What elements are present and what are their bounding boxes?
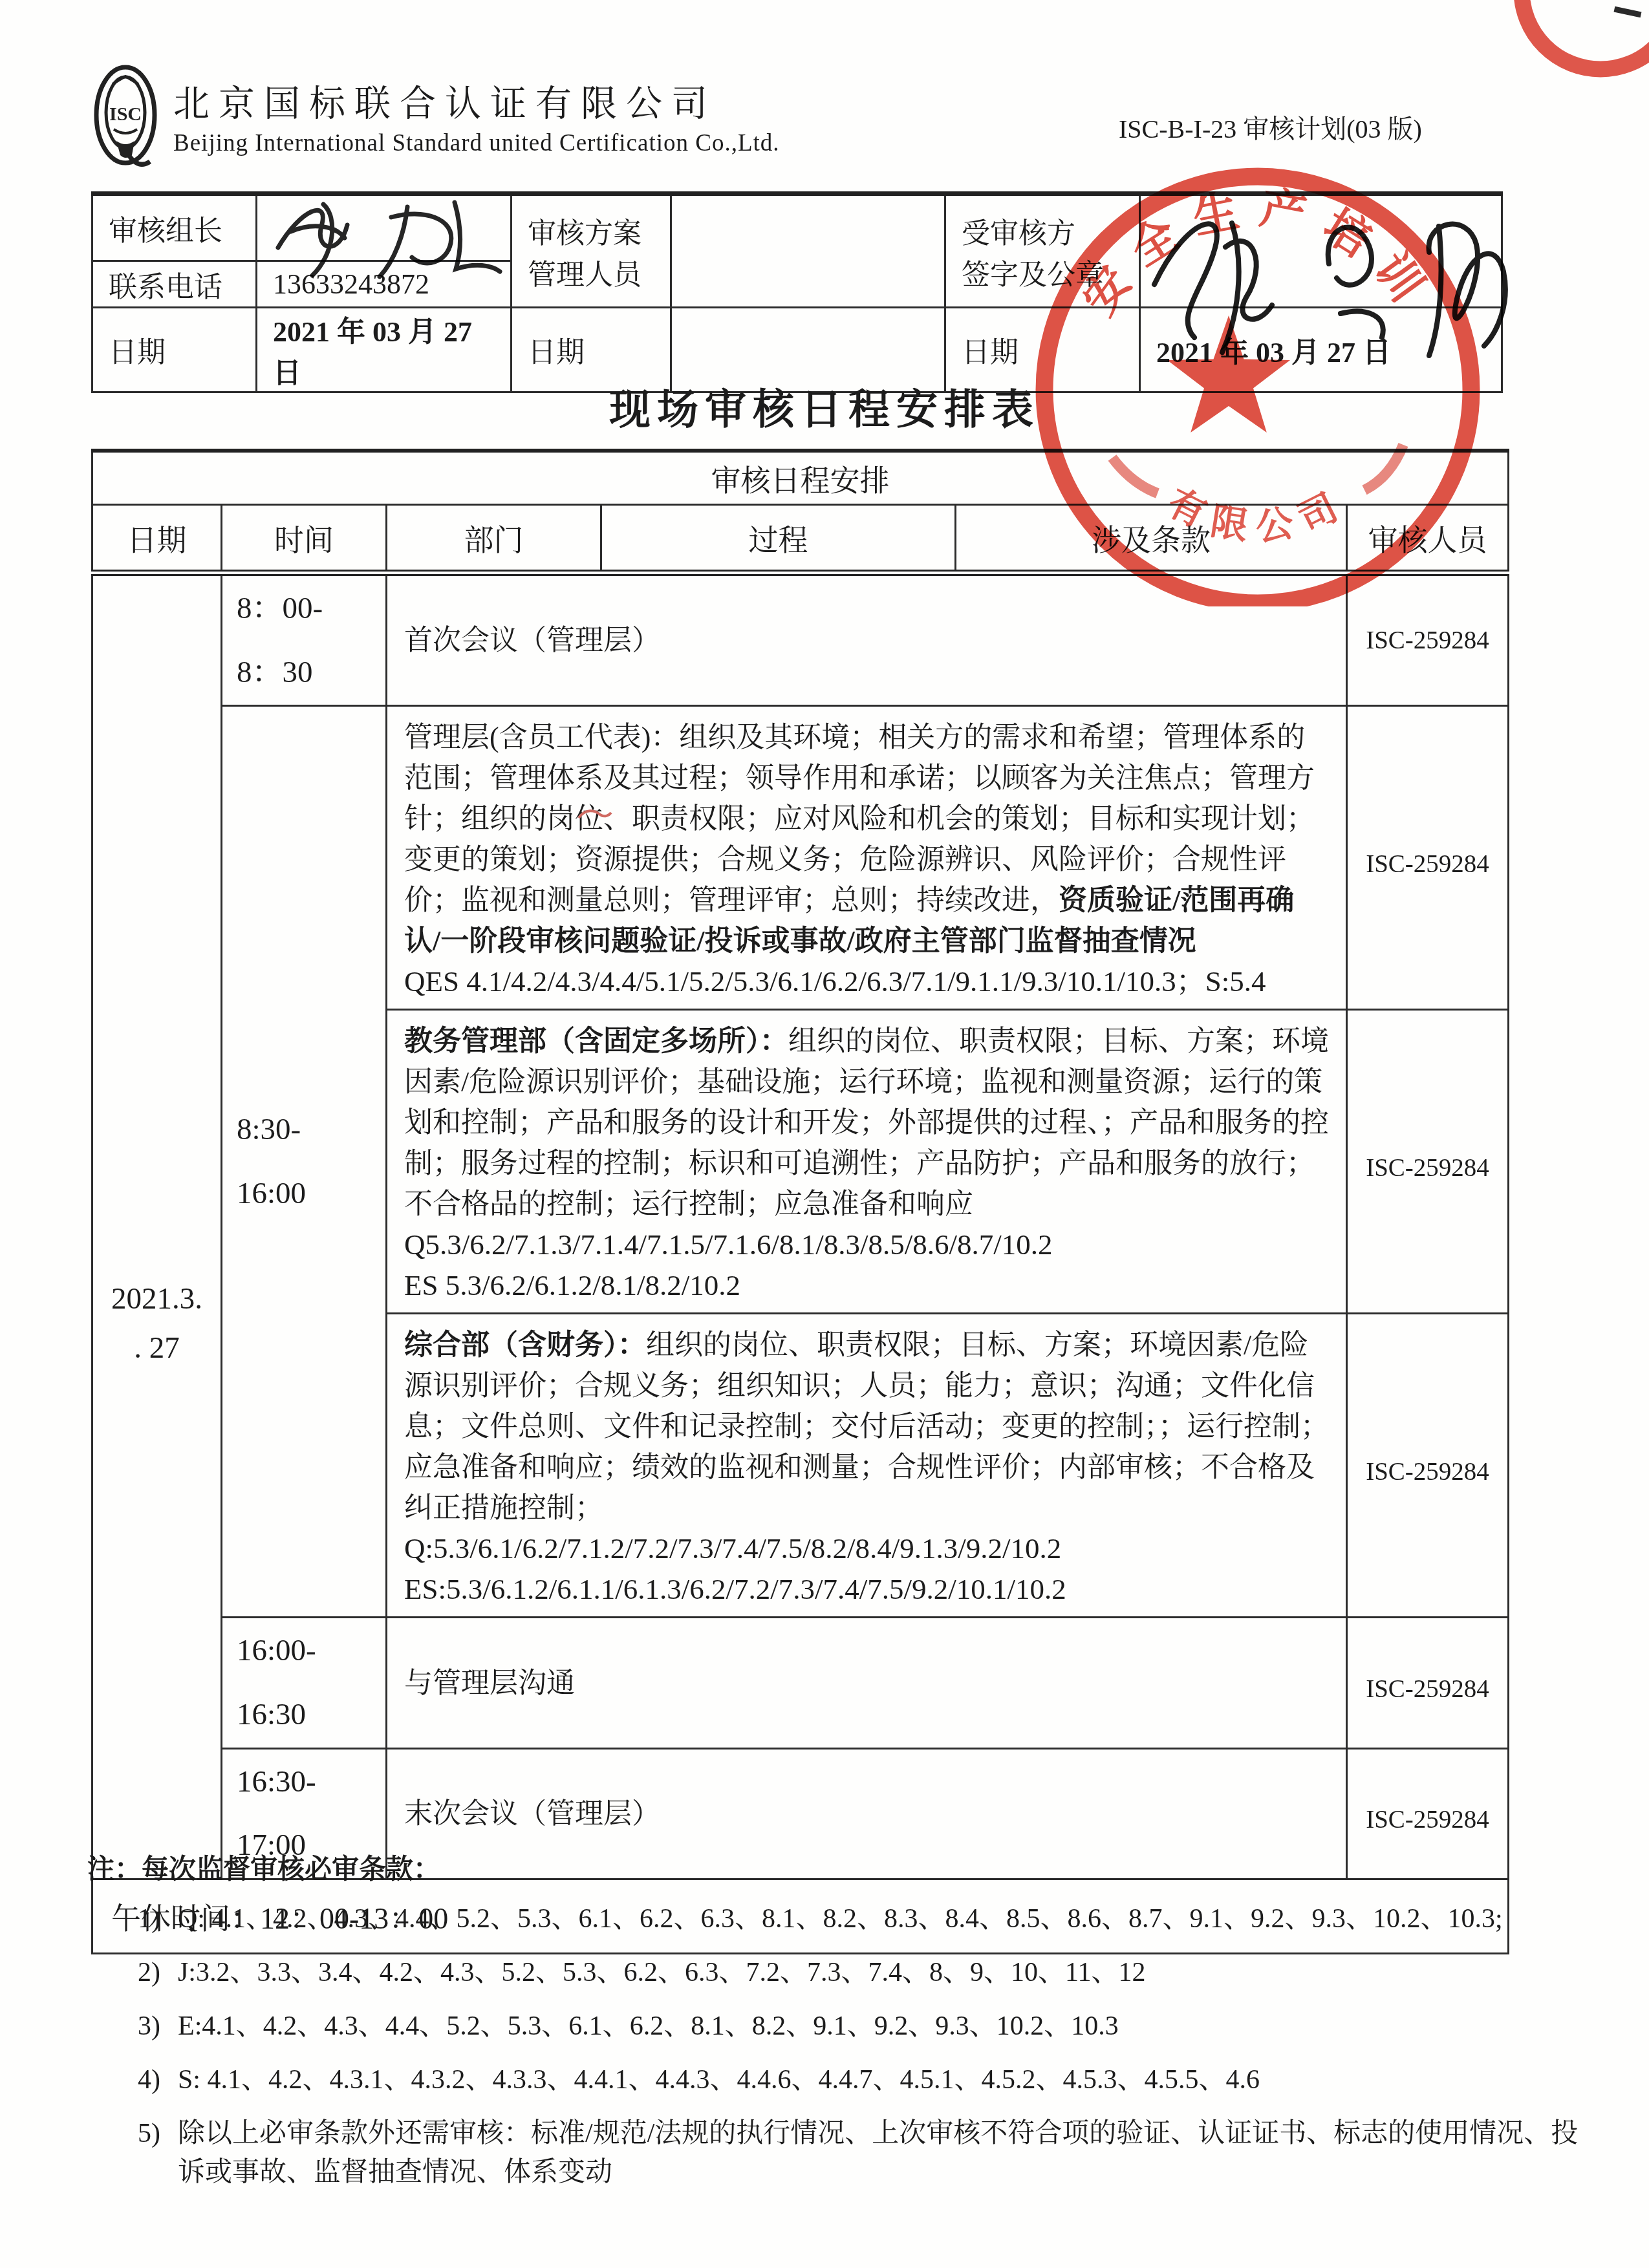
- note-num: 4): [138, 2060, 178, 2100]
- note-item: 3) E:4.1、4.2、4.3、4.4、5.2、5.3、6.1、6.2、8.1…: [87, 2007, 1600, 2046]
- auditee-signature-cell: [1140, 194, 1502, 308]
- scanned-audit-plan-page: ISC 北京国标联合认证有限公司 Beijing International S…: [0, 0, 1649, 2268]
- row-management: 管理层(含员工代表)：组织及其环境；相关方的需求和希望；管理体系的范围；管理体系…: [387, 706, 1347, 1010]
- audit-info-table: 审核组长 审核方案 管理人员 受审核方 签字及公章 联系电话 136332438…: [91, 191, 1503, 393]
- row-academic-dept: 教务管理部（含固定多场所）：组织的岗位、职责权限；目标、方案；环境因素/危险源识…: [387, 1010, 1347, 1314]
- footer-notes: 注：每次监督审核必审条款： 1) Q: 4.1、4.2、4.3、4.4、5.2、…: [87, 1848, 1600, 2207]
- form-code: ISC-B-I-23 审核计划(03 版): [1119, 109, 1422, 145]
- row-communication: 与管理层沟通: [387, 1618, 1347, 1748]
- general-clause-codes-q: Q:5.3/6.1/6.2/7.1.2/7.2/7.3/7.4/7.5/8.2/…: [404, 1528, 1329, 1569]
- note-num: 3): [138, 2007, 178, 2046]
- note-text: J:3.2、3.3、3.4、4.2、4.3、5.2、5.3、6.2、6.3、7.…: [178, 1953, 1600, 1993]
- auditor-3: ISC-259284: [1347, 1314, 1509, 1618]
- note-item: 5) 除以上必审条款外还需审核：标准/规范/法规的执行情况、上次审核不符合项的验…: [87, 2114, 1600, 2193]
- schedule-table: 审核日程安排 日期 时间 部门 过程 涉及条款 审核人员 2021.3. . 2…: [91, 449, 1509, 1954]
- col-header-auditor: 审核人员: [1347, 505, 1509, 573]
- col-header-dept: 部门: [387, 505, 601, 573]
- isc-logo: ISC: [93, 65, 158, 173]
- row-general-dept: 综合部（含财务）：组织的岗位、职责权限；目标、方案；环境因素/危险源识别评价；合…: [387, 1314, 1347, 1618]
- note-num: 2): [138, 1953, 178, 1993]
- phone-value: 13633243872: [257, 261, 512, 308]
- academic-clause-codes-es: ES 5.3/6.2/6.1.2/8.1/8.2/10.2: [404, 1265, 1329, 1306]
- academic-clause-codes-q: Q5.3/6.2/7.1.3/7.1.4/7.1.5/7.1.6/8.1/8.3…: [404, 1225, 1329, 1265]
- isc-logo-text: ISC: [109, 103, 142, 125]
- academic-dept-head: 教务管理部（含固定多场所）：: [404, 1025, 788, 1057]
- auditee-sign-label: 受审核方 签字及公章: [945, 194, 1140, 308]
- schedule-date: 2021.3. . 27: [92, 573, 222, 1879]
- time-1600-1630: 16:00- 16:30: [222, 1618, 387, 1748]
- scheme-manager-value-empty: [671, 194, 945, 308]
- schedule-section-title: 审核日程安排: [92, 451, 1509, 505]
- note-text: S: 4.1、4.2、4.3.1、4.3.2、4.3.3、4.4.1、4.4.3…: [178, 2060, 1600, 2100]
- auditor-0: ISC-259284: [1347, 573, 1509, 706]
- time-0800-0830: 8：00- 8：30: [222, 573, 387, 706]
- leader-signature-cell: [257, 194, 512, 261]
- col-header-process: 过程: [601, 505, 956, 573]
- col-header-clauses: 涉及条款: [956, 505, 1347, 573]
- auditor-1: ISC-259284: [1347, 706, 1509, 1010]
- general-dept-head: 综合部（含财务）：: [404, 1329, 646, 1361]
- leader-label: 审核组长: [92, 194, 257, 261]
- auditor-4: ISC-259284: [1347, 1618, 1509, 1748]
- note-num: 1): [138, 1899, 178, 1939]
- scan-artifact-dash: [1614, 6, 1642, 18]
- col-header-date: 日期: [92, 505, 222, 573]
- page-title: 现场审核日程安排表: [0, 376, 1649, 436]
- note-text: E:4.1、4.2、4.3、4.4、5.2、5.3、6.1、6.2、8.1、8.…: [178, 2007, 1600, 2046]
- time-0830-1600: 8:30- 16:00: [222, 706, 387, 1618]
- note-item: 1) Q: 4.1、4.2、4.3、4.4、5.2、5.3、6.1、6.2、6.…: [87, 1899, 1600, 1939]
- note-text: Q: 4.1、4.2、4.3、4.4、5.2、5.3、6.1、6.2、6.3、8…: [178, 1899, 1600, 1939]
- note-item: 2) J:3.2、3.3、3.4、4.2、4.3、5.2、5.3、6.2、6.3…: [87, 1953, 1600, 1993]
- col-header-time: 时间: [222, 505, 387, 573]
- notes-heading: 注：每次监督审核必审条款：: [87, 1848, 1600, 1887]
- phone-label: 联系电话: [92, 261, 257, 308]
- general-clause-codes-es: ES:5.3/6.1.2/6.1.1/6.1.3/6.2/7.2/7.3/7.4…: [404, 1569, 1329, 1610]
- management-clause-codes: QES 4.1/4.2/4.3/4.4/5.1/5.2/5.3/6.1/6.2/…: [404, 961, 1329, 1002]
- note-text: 除以上必审条款外还需审核：标准/规范/法规的执行情况、上次审核不符合项的验证、认…: [178, 2114, 1600, 2193]
- scheme-manager-label: 审核方案 管理人员: [512, 194, 671, 308]
- auditor-2: ISC-259284: [1347, 1010, 1509, 1314]
- company-name-cn: 北京国标联合认证有限公司: [173, 75, 717, 127]
- note-item: 4) S: 4.1、4.2、4.3.1、4.3.2、4.3.3、4.4.1、4.…: [87, 2060, 1600, 2100]
- note-num: 5): [138, 2114, 178, 2193]
- row-opening-meeting: 首次会议（管理层）: [387, 573, 1347, 706]
- company-name-en: Beijing International Standard united Ce…: [173, 129, 780, 157]
